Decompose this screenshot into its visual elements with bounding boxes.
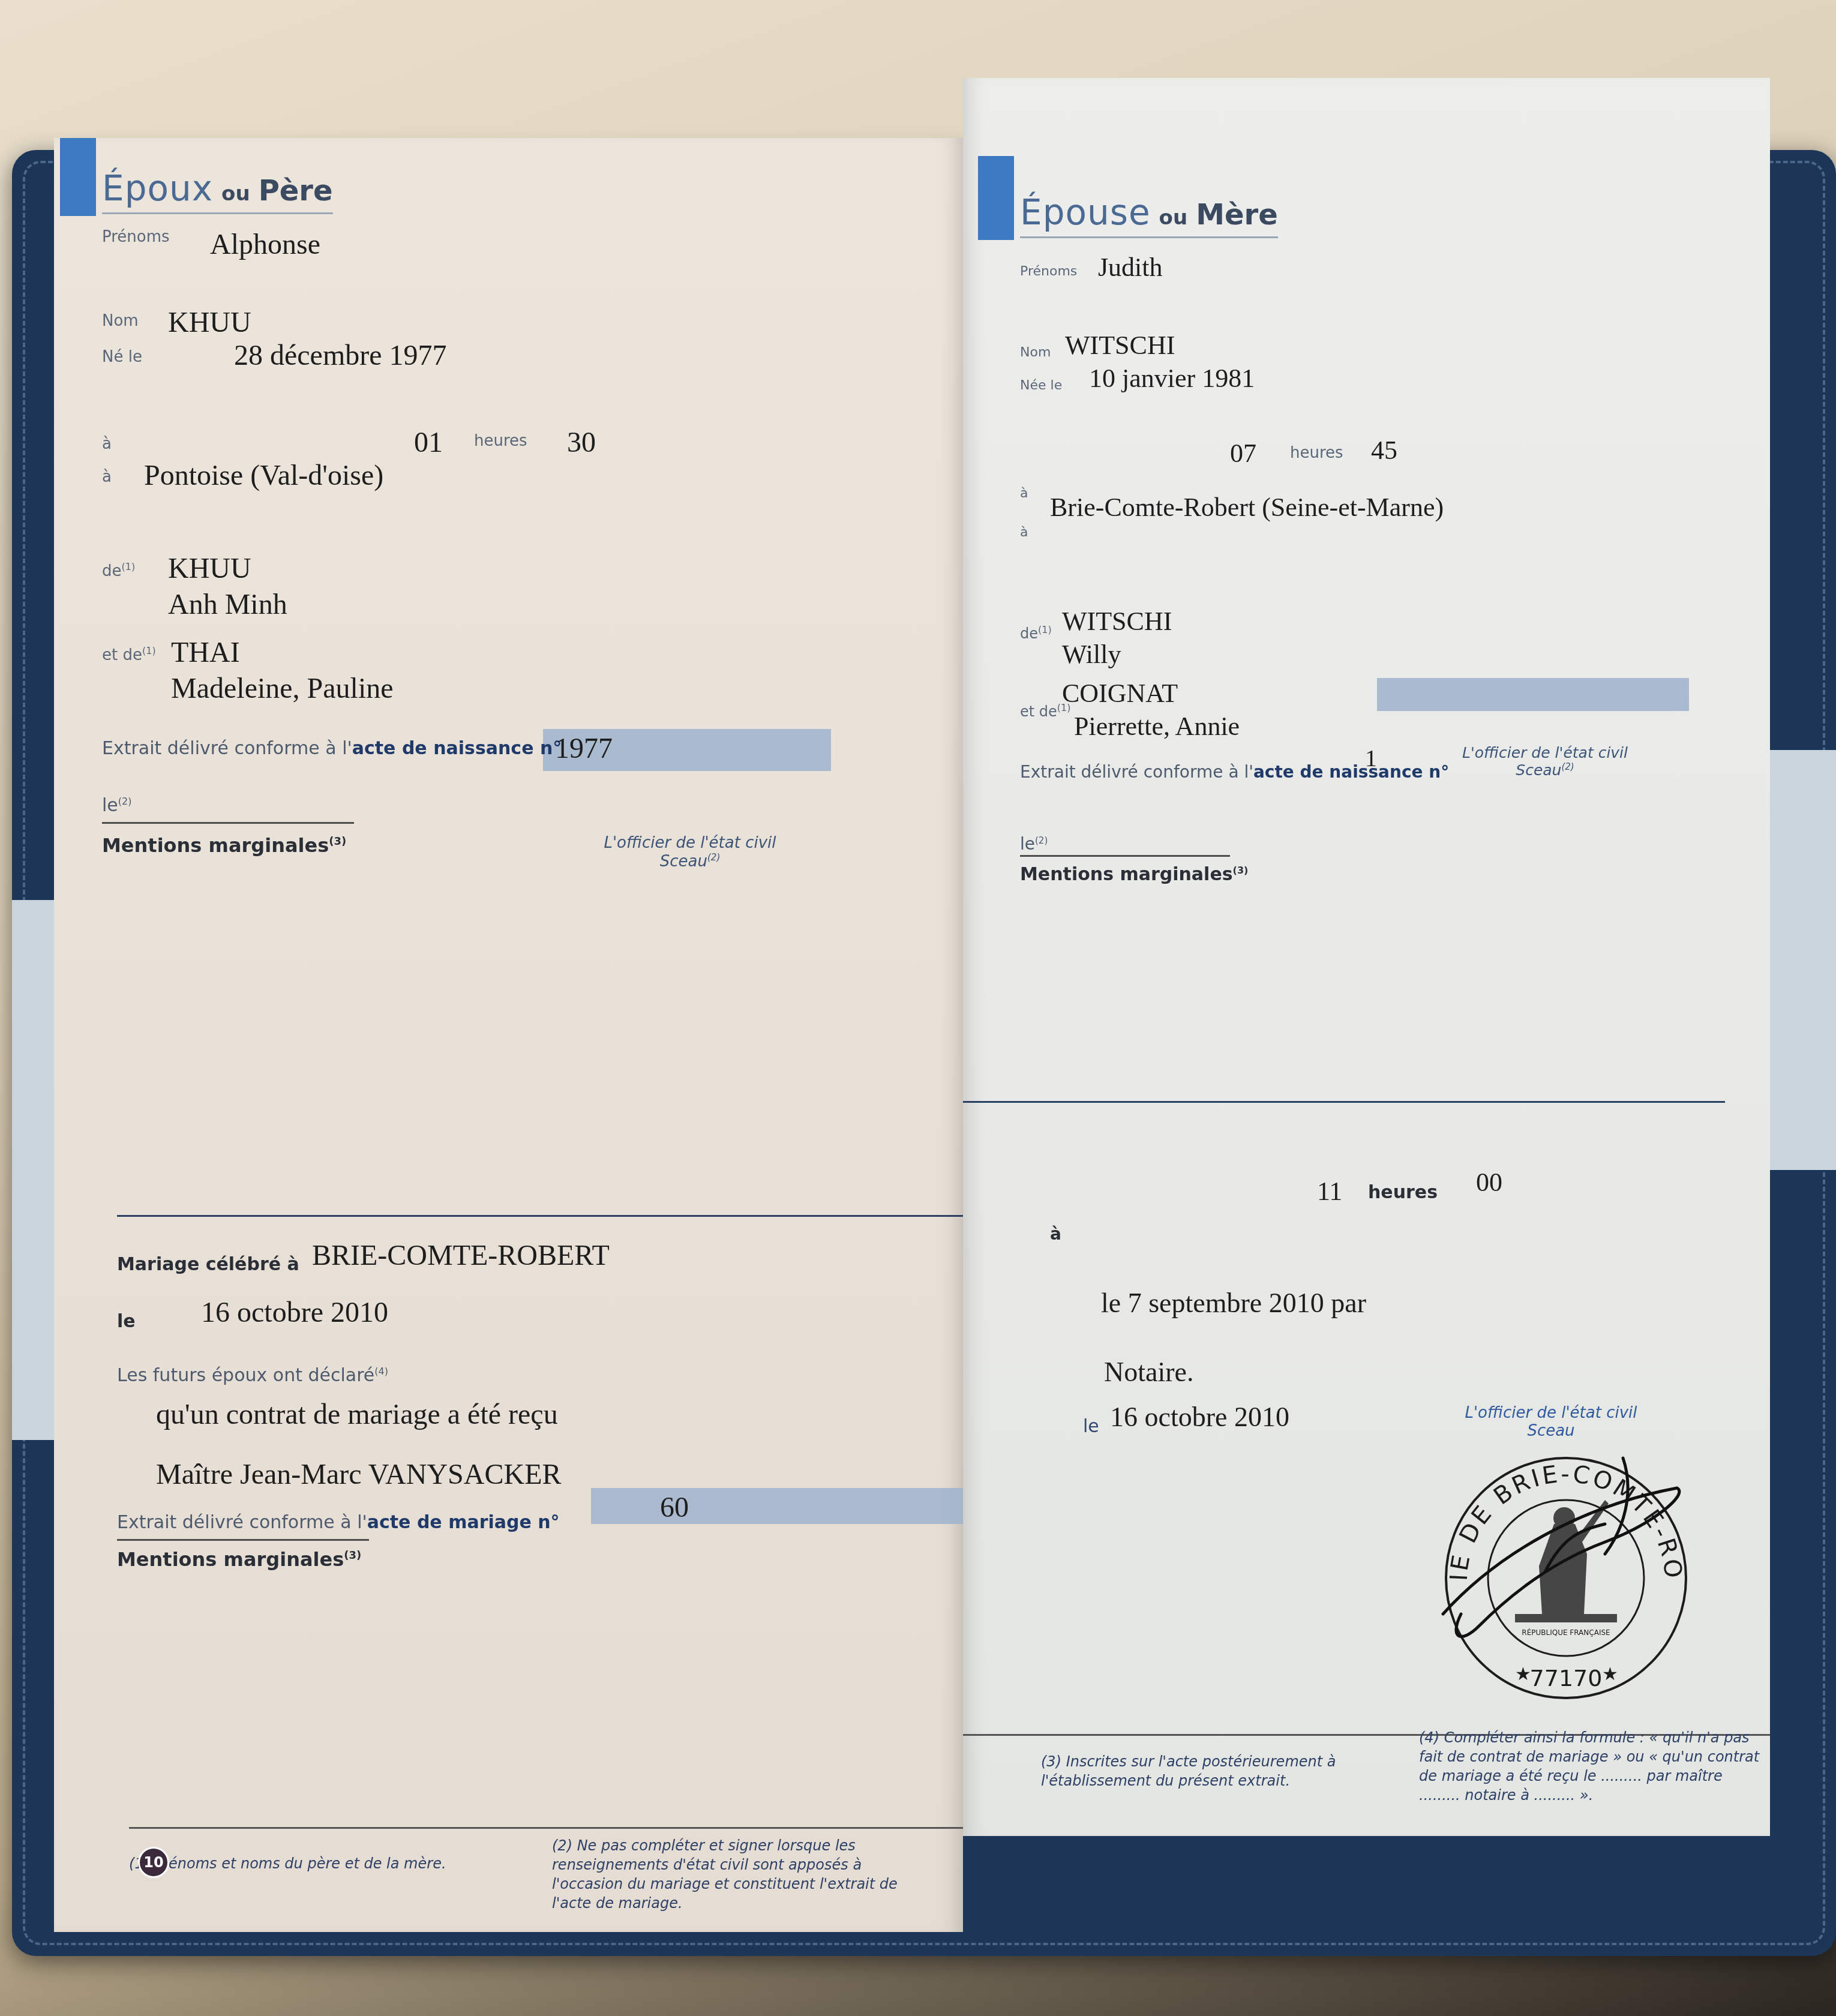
value-declaration-line3: Maître Jean-Marc VANYSACKER [156,1458,561,1491]
extrait-naissance-line: Extrait délivré conforme à l'acte de nai… [1020,762,1449,782]
value-nom: WITSCHI [1065,330,1175,361]
label-nom: Nom [102,312,139,330]
section-divider [117,1215,963,1217]
label-ne-le: Né le [102,348,142,366]
value-pere-prenoms: Willy [1062,639,1121,670]
label-a-heure: à [1020,486,1028,501]
label-prenoms: Prénoms [102,228,170,246]
label-heures: heures [474,432,527,450]
value-lieu: Pontoise (Val-d'oise) [144,459,383,492]
redaction-bar [591,1488,963,1524]
label-de: de(1) [102,561,135,580]
value-mariage-lieu: BRIE-COMTE-ROBERT [312,1239,610,1272]
right-page: Épouse ou Mère Prénoms Judith Nom WITSCH… [963,78,1770,1836]
label-prenoms: Prénoms [1020,264,1077,279]
label-a-lieu: à [102,468,112,486]
svg-text:★: ★ [1515,1664,1531,1684]
value-pere-nom: WITSCHI [1062,606,1172,637]
officer-label: L'officier de l'état civil Sceau(2) [570,834,810,871]
extrait-naissance-line: Extrait délivré conforme à l'acte de nai… [102,738,562,759]
redaction-bar [1377,678,1689,711]
heading-alt: Mère [1196,198,1278,232]
svg-text:RÉPUBLIQUE FRANÇAISE: RÉPUBLIQUE FRANÇAISE [1522,1628,1610,1637]
label-nom: Nom [1020,345,1051,360]
section-title-epoux: Époux ou Père [102,168,333,214]
label-et-de: et de(1) [102,645,156,664]
value-minutes: 45 [1371,435,1397,466]
label-declare: Les futurs époux ont déclaré(4) [117,1365,388,1386]
value-date-naissance: 28 décembre 1977 [234,339,447,372]
footnote-3: (3) Inscrites sur l'acte postérieurement… [1041,1752,1353,1790]
mentions-marginales: Mentions marginales(3) [1020,864,1248,885]
value-acte-numero: 1 [1365,744,1377,772]
label-heures: heures [1290,444,1343,462]
value-lieu: Brie-Comte-Robert (Seine-et-Marne) [1050,492,1444,523]
value-heure: 07 [1230,438,1256,469]
value-mariage-date: 16 octobre 2010 [201,1296,388,1329]
value-mere-nom: COIGNAT [1062,678,1178,709]
value-pere-nom: KHUU [168,552,251,585]
heading-main: Époux [102,168,213,209]
value-heure: 01 [414,426,443,459]
value-nom: KHUU [168,306,251,339]
value-declaration-line1: qu'un contrat de mariage a été reçu [156,1398,558,1431]
accent-bar [978,156,1014,240]
label-de: de(1) [1020,624,1052,642]
cover-tab-left [12,900,60,1440]
value-mere-prenoms: Pierrette, Annie [1074,711,1240,742]
date-underline [1020,855,1230,857]
svg-text:★: ★ [1602,1664,1618,1684]
heading-alt: Père [259,174,333,208]
label-mariage-celebre: Mariage célébré à [117,1254,299,1275]
municipal-seal-icon: MAIRIE DE BRIE-COMTE-ROBERT 77170 ★ ★ RÉ… [1425,1434,1707,1716]
date-underline [117,1539,369,1541]
footnote-1: (1) Prénoms et noms du père et de la mèr… [129,1854,489,1873]
value-pere-prenoms: Anh Minh [168,588,287,621]
value-acte-mariage-numero: 60 [660,1491,689,1524]
extrait-mariage-line: Extrait délivré conforme à l'acte de mar… [117,1512,560,1533]
heading-or: ou [221,182,250,206]
footnote-divider [129,1827,963,1829]
value-delivre-le: 16 octobre 2010 [1110,1401,1289,1433]
value-acte-numero: 1977 [555,732,613,765]
value-declaration-line4: Notaire. [1104,1356,1193,1388]
page-number: 10 [138,1847,169,1878]
value-minutes: 30 [567,426,596,459]
value-mariage-heure: 11 [1317,1176,1342,1207]
label-mariage-heures: heures [1368,1182,1438,1203]
label-mariage-le: le [117,1311,136,1332]
heading-main: Épouse [1020,192,1151,233]
value-mere-nom: THAI [171,636,240,669]
value-prenoms: Judith [1098,252,1163,283]
label-a-heure: à [102,435,112,453]
section-divider [963,1101,1725,1103]
left-page: Époux ou Père Prénoms Alphonse Nom KHUU … [54,138,963,1932]
accent-bar [60,138,96,216]
label-le: le(2) [1020,834,1048,854]
value-prenoms: Alphonse [210,228,320,261]
label-le: le(2) [102,795,131,816]
label-a-lieu: à [1020,525,1028,540]
mentions-marginales: Mentions marginales(3) [102,834,346,857]
date-underline [102,822,354,824]
label-delivre-le: le [1083,1416,1099,1437]
heading-or: ou [1159,206,1188,230]
svg-text:77170: 77170 [1530,1665,1603,1691]
label-mariage-a: à [1050,1224,1061,1244]
value-mariage-minutes: 00 [1476,1167,1502,1198]
section-title-epouse: Épouse ou Mère [1020,192,1278,238]
value-date-naissance: 10 janvier 1981 [1089,363,1255,394]
mentions-marginales: Mentions marginales(3) [117,1548,361,1571]
officer-label: L'officier de l'état civil Sceau(2) [1431,744,1659,779]
footnote-4: (4) Compléter ainsi la formule : « qu'il… [1419,1728,1767,1805]
value-mere-prenoms: Madeleine, Pauline [171,672,394,705]
label-nee-le: Née le [1020,378,1062,393]
footnote-2: (2) Ne pas compléter et signer lorsque l… [552,1836,936,1913]
value-declaration-line2: le 7 septembre 2010 par [1101,1287,1366,1319]
